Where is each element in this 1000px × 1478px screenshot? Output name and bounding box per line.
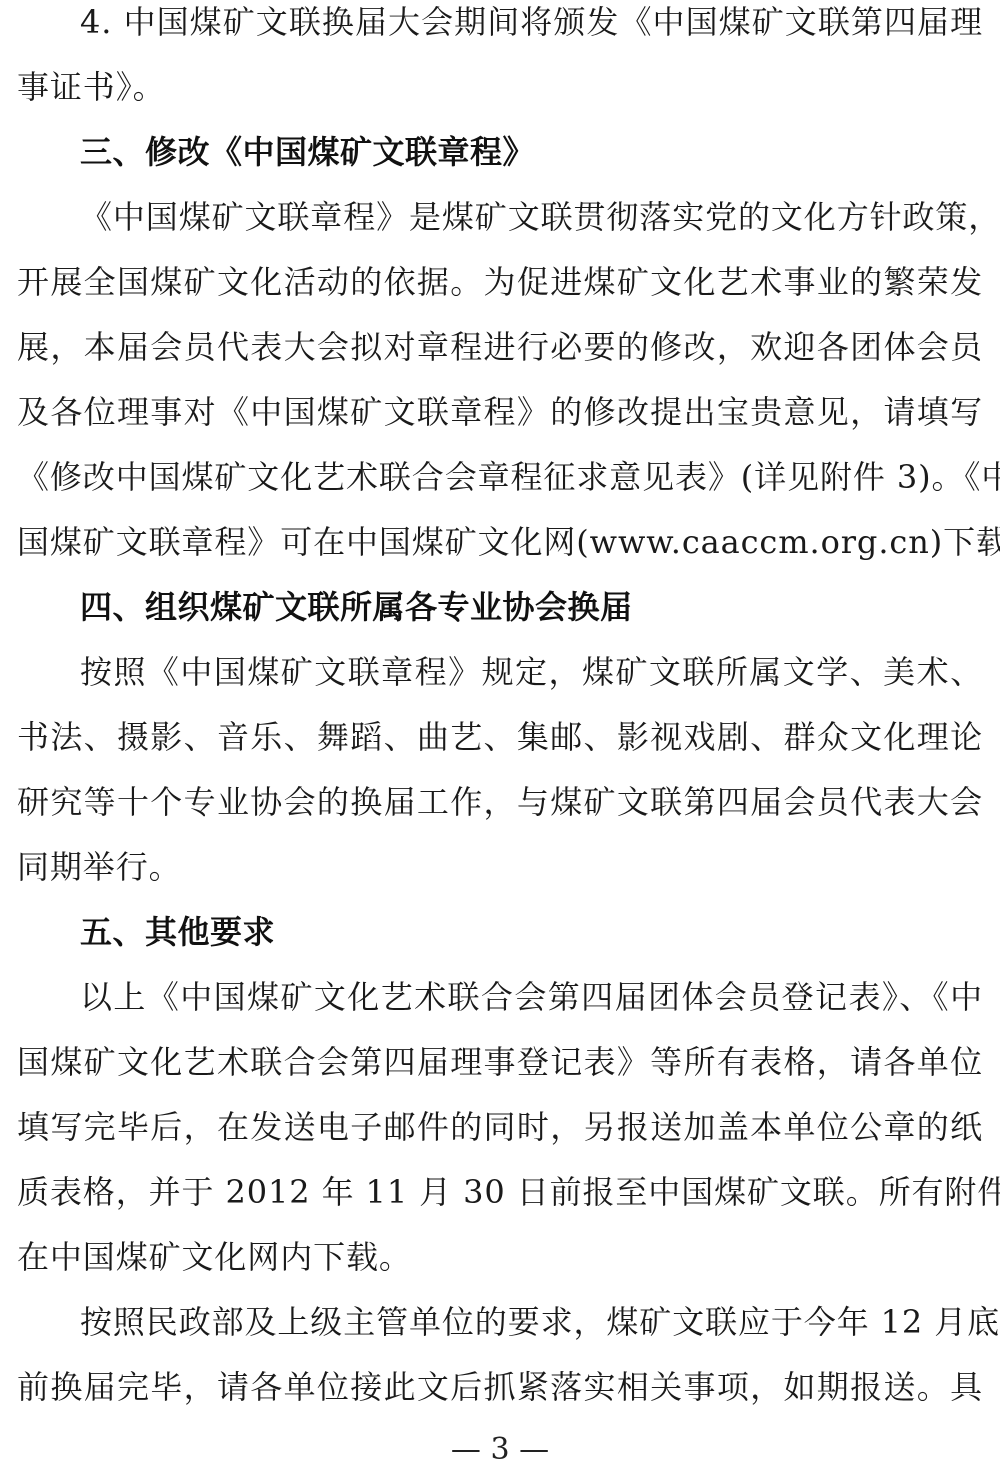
paragraph-line: 填写完毕后，在发送电子邮件的同时，另报送加盖本单位公章的纸 — [17, 1105, 983, 1149]
paragraph-line: 按照《中国煤矿文联章程》规定，煤矿文联所属文学、美术、 — [80, 650, 983, 694]
paragraph-line: 研究等十个专业协会的换届工作，与煤矿文联第四届会员代表大会 — [17, 780, 983, 824]
paragraph-line: 以上《中国煤矿文化艺术联合会第四届团体会员登记表》、《中 — [80, 975, 983, 1019]
section-heading-5: 五、其他要求 — [80, 910, 275, 954]
paragraph-line: 同期举行。 — [17, 845, 983, 889]
section-heading-4: 四、组织煤矿文联所属各专业协会换届 — [80, 585, 633, 629]
paragraph-line: 《中国煤矿文联章程》是煤矿文联贯彻落实党的文化方针政策， — [80, 195, 983, 239]
paragraph-line: 质表格，并于 2012 年 11 月 30 日前报至中国煤矿文联。所有附件可 — [17, 1170, 983, 1214]
section-heading-3: 三、修改《中国煤矿文联章程》 — [80, 130, 535, 174]
paragraph-line: 展，本届会员代表大会拟对章程进行必要的修改，欢迎各团体会员 — [17, 325, 983, 369]
document-page: 4. 中国煤矿文联换届大会期间将颁发《中国煤矿文联第四届理 事证书》。 三、修改… — [0, 0, 1000, 1478]
page-number: — 3 — — [0, 1430, 1000, 1470]
paragraph-line: 在中国煤矿文化网内下载。 — [17, 1235, 983, 1279]
paragraph-line: 国煤矿文化艺术联合会第四届理事登记表》等所有表格，请各单位 — [17, 1040, 983, 1084]
paragraph-line: 国煤矿文联章程》可在中国煤矿文化网(www.caaccm.org.cn)下载。 — [17, 520, 983, 564]
paragraph-line: 前换届完毕，请各单位接此文后抓紧落实相关事项，如期报送。具 — [17, 1365, 983, 1409]
paragraph-line: 4. 中国煤矿文联换届大会期间将颁发《中国煤矿文联第四届理 — [80, 0, 983, 44]
paragraph-line: 开展全国煤矿文化活动的依据。为促进煤矿文化艺术事业的繁荣发 — [17, 260, 983, 304]
paragraph-line: 及各位理事对《中国煤矿文联章程》的修改提出宝贵意见，请填写 — [17, 390, 983, 434]
paragraph-line: 《修改中国煤矿文化艺术联合会章程征求意见表》(详见附件 3)。《中 — [17, 455, 983, 499]
paragraph-line: 按照民政部及上级主管单位的要求，煤矿文联应于今年 12 月底 — [80, 1300, 983, 1344]
paragraph-line: 事证书》。 — [17, 65, 983, 109]
paragraph-line: 书法、摄影、音乐、舞蹈、曲艺、集邮、影视戏剧、群众文化理论 — [17, 715, 983, 759]
